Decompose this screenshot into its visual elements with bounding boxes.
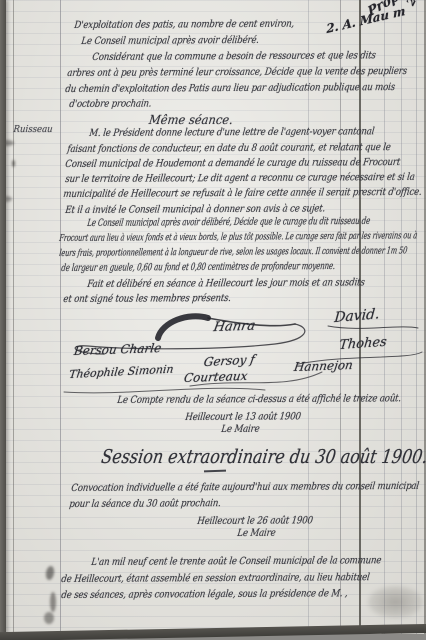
ink-smudge [12,160,15,167]
ink-smudge [50,592,56,612]
session-opening-line: L'an mil neuf cent le trente août le Con… [91,555,382,568]
convocation-place-date: Heillecourt le 26 août 1900 [197,515,314,527]
signature-gersoy: Gersoy f [203,352,256,369]
manuscript-line: de largeur en gueule, 0,60 au fond et 0,… [61,261,336,274]
session-opening-line: de ses séances, après convocation légale… [61,588,349,601]
convocation-signer: Le Maire [237,528,276,539]
affichage-signer: Le Maire [221,424,260,435]
manuscript-line: M. le Président donne lecture d'une lett… [89,126,375,139]
manuscript-line: d'octobre prochain. [69,99,152,110]
manuscript-line: municipalité de Heillecourt se refusait … [63,187,423,200]
signature-hanra: Hanra [212,319,256,336]
manuscript-line: Considérant que la commune a besoin de r… [92,50,377,63]
manuscript-line: D'exploitation des patis, au nombre de c… [74,19,295,31]
convocation-line: Convocation individuelle a été faite auj… [71,481,420,494]
corner-smudge [368,586,423,618]
affichage-place-date: Heillecourt le 13 août 1900 [185,411,302,423]
register-page-scan: 275 Prop 2. A. Mau m Ruisseau D'exploita… [0,0,426,640]
session-opening-line: de Heillecourt, étant assemblé en sessio… [61,572,370,585]
margin-note-ruisseau: Ruisseau [13,124,53,135]
manuscript-line: arbres ont à peu près terminé leur crois… [67,66,408,79]
affichage-line: Le Compte rendu de la séance ci-dessus a… [117,393,402,406]
manuscript-line: faisant fonctions de conducteur, en date… [67,142,392,155]
signature-hannejon: Hannejon [293,358,354,374]
manuscript-line: Conseil municipal de Houdemont a demandé… [65,157,401,170]
section-heading-meme-seance: Même séance. [148,112,234,127]
signature-courteaux: Courteaux [183,369,248,385]
session-heading: Session extraordinaire du 30 août 1900. [100,446,426,468]
manuscript-line: sur le territoire de Heillecourt; Le dit… [65,172,416,185]
manuscript-line: Le Conseil municipal après avoir délibér… [87,216,371,229]
binding-edge-shadow [0,0,6,640]
manuscript-line: Et il a invité le Conseil municipal à do… [65,203,326,216]
fold-rule [13,0,14,634]
manuscript-line: du chemin d'exploitation des Patis aura … [65,82,396,95]
ink-smudge [44,612,54,624]
manuscript-line: Fait et délibéré en séance à Heillecourt… [87,277,366,290]
manuscript-line: Le Conseil municipal après avoir délibér… [81,35,260,47]
convocation-line: pour la séance du 30 août prochain. [69,498,222,510]
